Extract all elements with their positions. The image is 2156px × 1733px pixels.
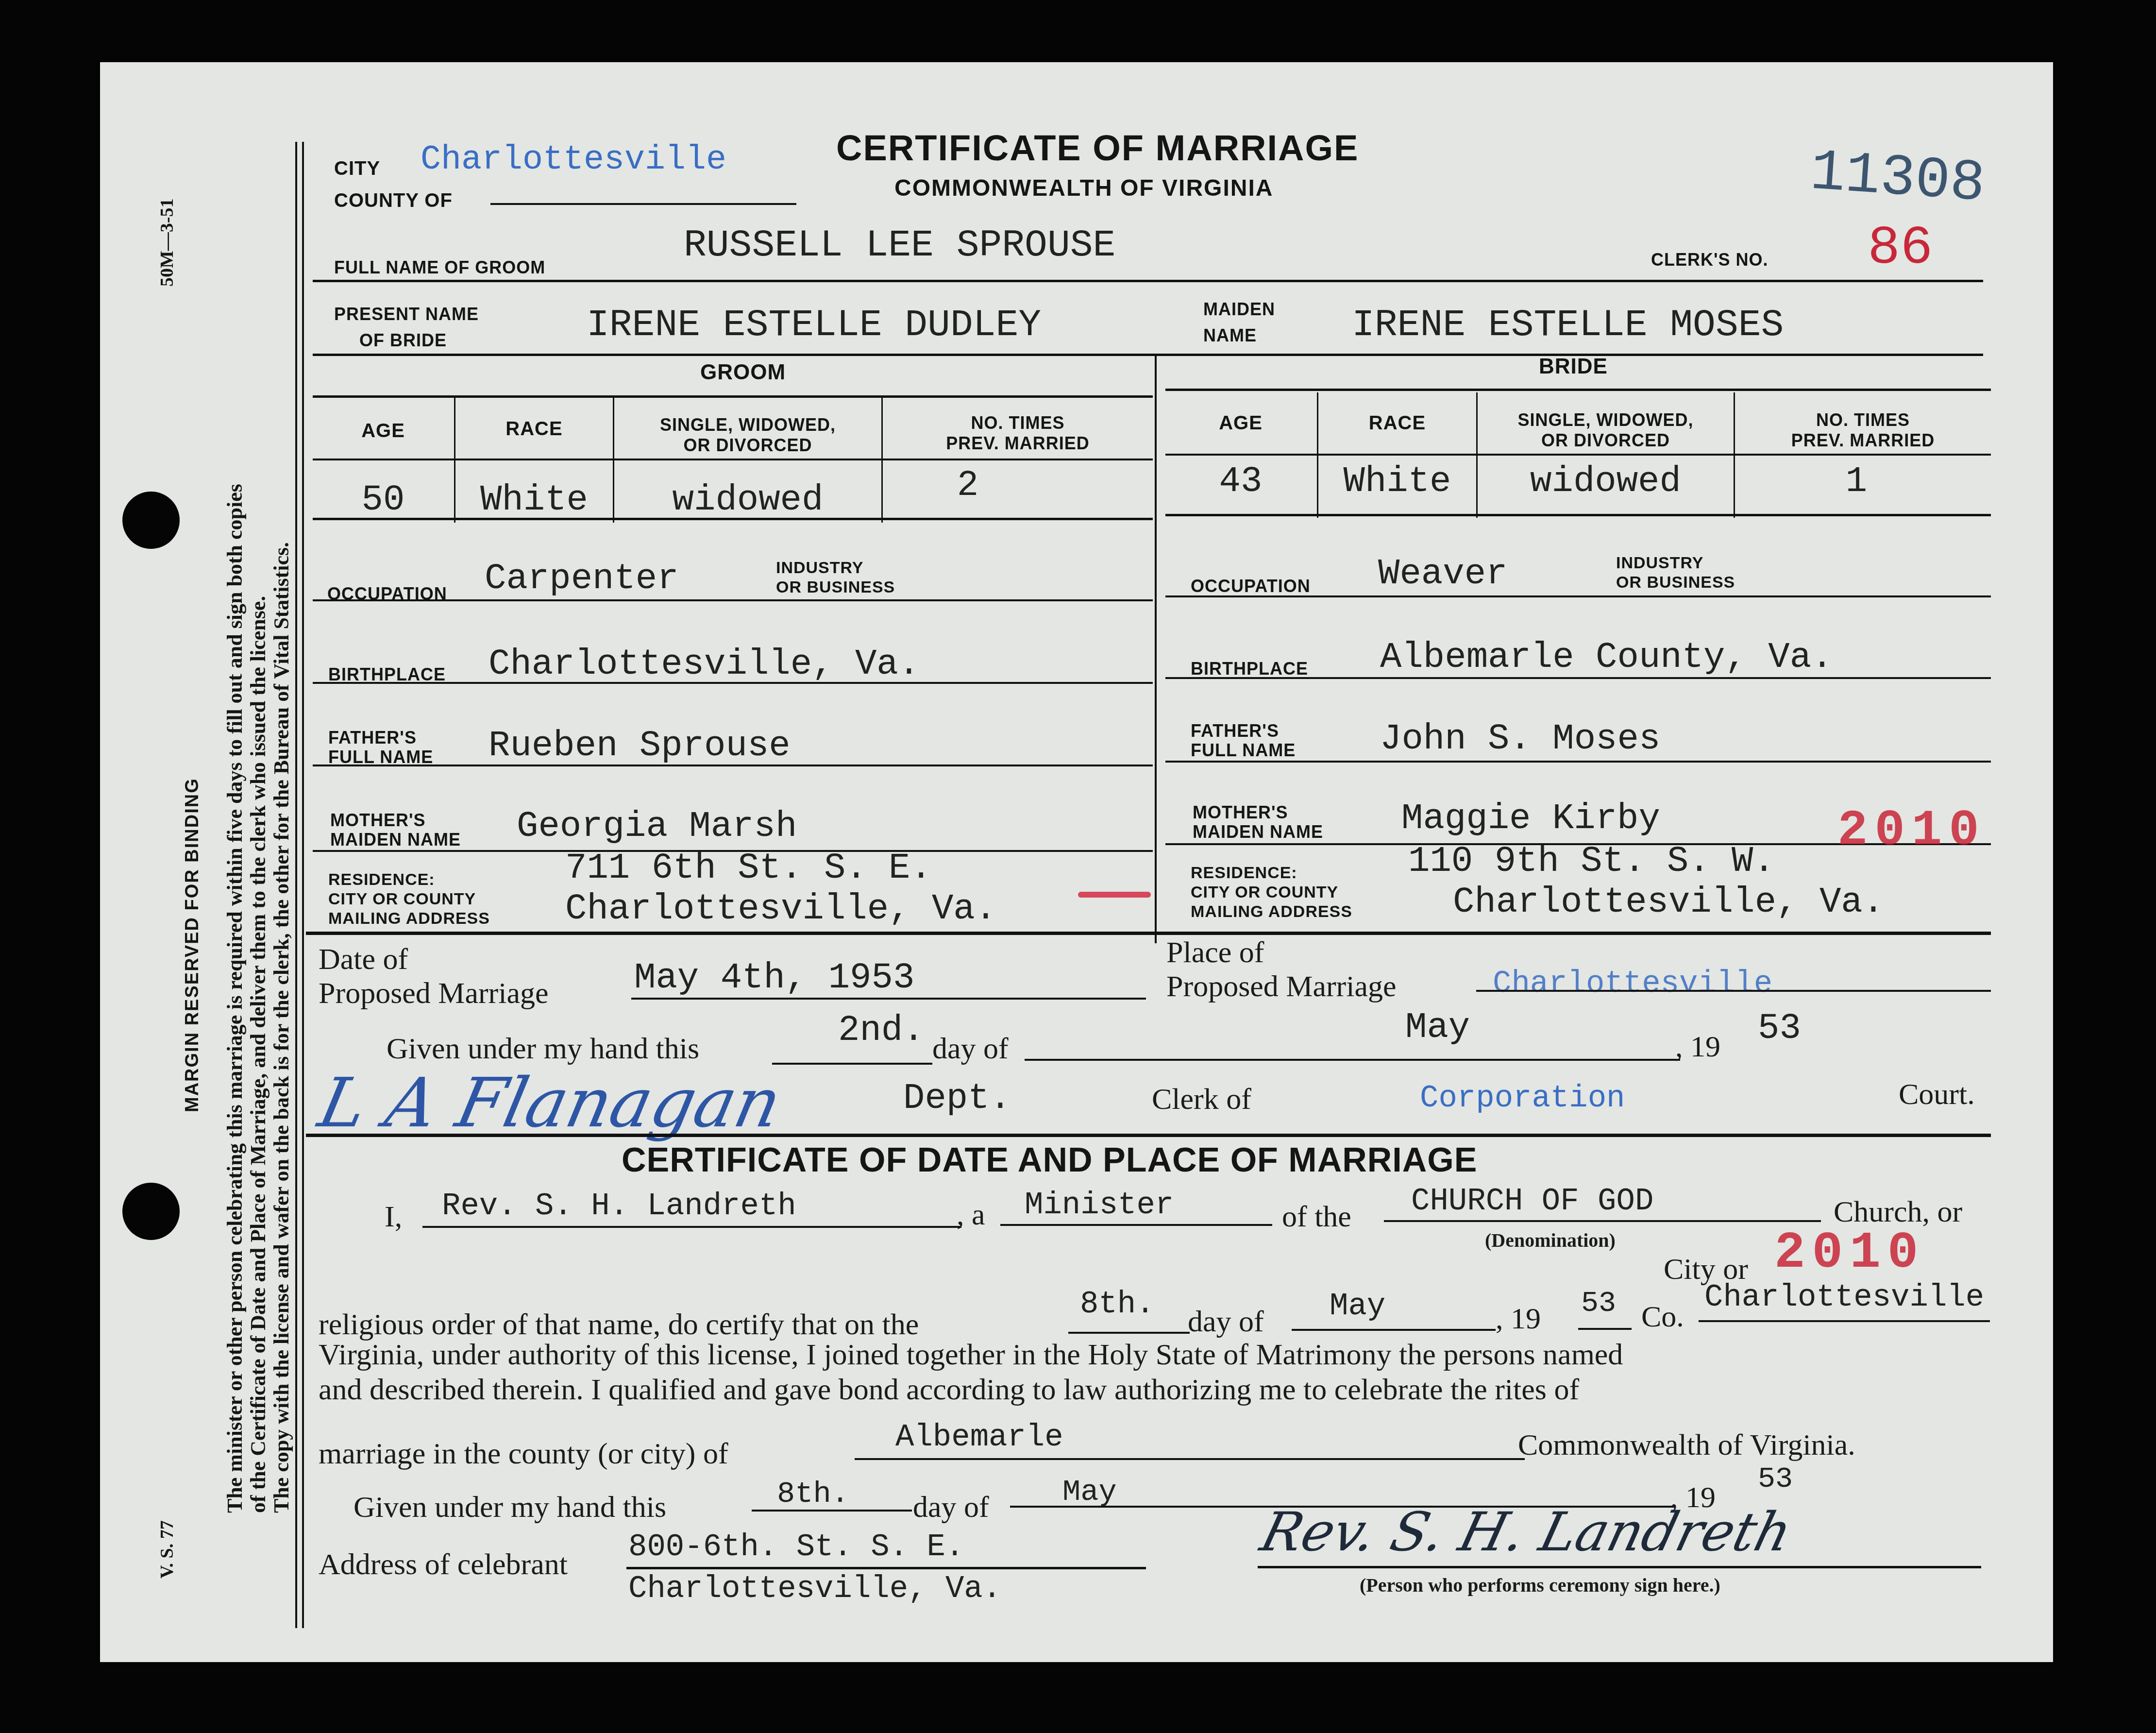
red-stamp-certificate: 2010 [1774,1224,1925,1282]
red-stamp-residence: 2010 [1837,802,1986,860]
city-label: CITY [334,158,380,179]
bride-race[interactable]: White [1318,461,1476,502]
address-label: Address of celebrant [319,1547,568,1582]
groom-mother-label-1: MOTHER'S [330,811,426,830]
bride-residence-label-3: MAILING ADDRESS [1191,903,1352,921]
officiant-signature: Rev. S. H. Landreth [1255,1501,1798,1563]
license-given-text: Given under my hand this [387,1032,699,1066]
bride-col-age: AGE [1165,413,1316,433]
bride-industry-label-2: OR BUSINESS [1616,574,1735,592]
cert-day-rule [1068,1332,1190,1334]
groom-col-status-2: OR DIVORCED [614,436,881,455]
bride-mother-label-1: MOTHER'S [1193,803,1288,822]
bride-father-rule [1165,761,1991,763]
clerks-no-label: CLERK'S NO. [1651,251,1769,269]
groom-colhead-rule [313,459,1153,460]
bride-residence-label-2: CITY OR COUNTY [1191,884,1338,901]
bride-birthplace-label: BIRTHPLACE [1191,660,1308,678]
proposed-place-rule [1476,990,1991,992]
bride-col-status-1: SINGLE, WIDOWED, [1478,411,1734,429]
cert-given-day[interactable]: 8th. [777,1477,849,1511]
county-label: COUNTY OF [334,190,453,211]
groom-name-label: FULL NAME OF GROOM [334,258,545,277]
cert-day[interactable]: 8th. [1080,1287,1155,1322]
margin-double-rule-1 [295,142,297,1628]
cert-line4-text: marriage in the county (or city) of [319,1437,728,1471]
bride-birthplace-value[interactable]: Albemarle County, Va. [1380,637,1833,678]
license-year-prefix: , 19 [1675,1030,1720,1064]
bride-present-label-1: PRESENT NAME [334,305,479,323]
groom-times-married[interactable]: 2 [883,465,1053,506]
groom-father-label-1: FATHER'S [328,729,417,747]
bride-residence-label-1: RESIDENCE: [1191,865,1297,882]
groom-heading-rule [313,395,1153,398]
groom-col-status-1: SINGLE, WIDOWED, [614,416,881,434]
bride-name-rule [313,354,1983,356]
bride-industry-label-1: INDUSTRY [1616,555,1704,572]
bride-mother-value[interactable]: Maggie Kirby [1401,799,1660,839]
dept-label: Dept. [903,1078,1011,1119]
stamp-number: 11308 [1808,140,1988,218]
bride-heading: BRIDE [1476,356,1670,378]
groom-father-rule [313,765,1153,766]
bride-heading-rule [1165,389,1991,391]
groom-col-times-2: PREV. MARRIED [883,434,1153,453]
groom-birthplace-rule [313,682,1153,684]
license-given-year[interactable]: 53 [1758,1008,1801,1049]
groom-occupation-value[interactable]: Carpenter [485,559,679,599]
bride-age[interactable]: 43 [1165,461,1316,502]
maiden-label-2: NAME [1203,326,1257,345]
place-label-1: Place of [1166,935,1264,970]
officiant-role[interactable]: Minister [1025,1188,1174,1223]
bride-colhead-rule [1165,454,1991,456]
groom-birthplace-label: BIRTHPLACE [328,665,446,684]
groom-residence-line2[interactable]: Charlottesville, Va. [565,889,996,930]
clerks-no-value[interactable]: 86 [1868,218,1933,279]
clerk-of-label: Clerk of [1152,1082,1251,1117]
cert-given-month[interactable]: May [1062,1475,1117,1509]
groom-status[interactable]: widowed [614,480,881,521]
bride-col-times-2: PREV. MARRIED [1735,431,1991,450]
county-rule [855,1458,1525,1460]
of-the-label: of the [1282,1200,1351,1234]
bride-birthplace-rule [1165,677,1991,679]
instruction-line-1: The minister or other person celebrating… [222,484,247,1513]
form-code: 50M—3-51 [156,198,178,287]
bride-residence-line1[interactable]: 110 9th St. S. W. [1408,841,1775,882]
groom-col-age: AGE [313,421,454,441]
bride-father-value[interactable]: John S. Moses [1380,719,1660,760]
bride-occupation-rule [1165,595,1991,597]
license-day-rule [772,1063,932,1065]
residence-rule [306,932,1991,935]
cert-line1-text: religious order of that name, do certify… [319,1308,919,1342]
groom-age[interactable]: 50 [313,480,454,521]
license-month-rule [1025,1059,1680,1061]
instruction-line-3: The copy with the license and wafer on t… [269,542,294,1513]
co-label: Co. [1641,1300,1684,1334]
bride-status[interactable]: widowed [1478,461,1734,502]
address-rule [626,1567,1146,1569]
groom-residence-label-3: MAILING ADDRESS [328,910,490,928]
groom-race[interactable]: White [455,480,613,521]
county-value[interactable]: Albemarle [895,1420,1063,1455]
cert-a-label: , a [957,1198,985,1232]
groom-heading: GROOM [646,361,840,384]
date-label-2: Proposed Marriage [319,976,548,1011]
binding-hole-bottom [122,1183,180,1240]
bride-residence-line2[interactable]: Charlottesville, Va. [1453,882,1884,923]
cert-given-text: Given under my hand this [354,1490,666,1525]
denomination-caption: (Denomination) [1485,1229,1616,1252]
proposed-date-rule [631,998,1146,1000]
groom-col-times-1: NO. TIMES [883,414,1153,432]
court-name-value[interactable]: Corporation [1420,1081,1625,1116]
cert-given-year[interactable]: 53 [1758,1463,1793,1496]
bride-occupation-label: OCCUPATION [1191,577,1311,595]
groom-industry-label-1: INDUSTRY [776,560,864,577]
cert-month-rule [1292,1329,1496,1331]
denomination-rule [1384,1220,1821,1222]
groom-col-race: RACE [455,419,613,439]
groom-father-value[interactable]: Rueben Sprouse [488,726,791,766]
signature-caption: (Person who performs ceremony sign here.… [1360,1574,1720,1597]
license-given-month[interactable]: May [1405,1007,1470,1048]
bride-col-times-1: NO. TIMES [1735,411,1991,429]
document-subtitle: COMMONWEALTH OF VIRGINIA [894,175,1273,202]
bride-father-label-1: FATHER'S [1191,722,1279,740]
groom-occupation-rule [313,599,1153,601]
proposed-date-value[interactable]: May 4th, 1953 [634,958,914,999]
groom-residence-line1[interactable]: 711 6th St. S. E. [565,848,932,889]
bride-col-status-2: OR DIVORCED [1478,431,1734,450]
denomination-value[interactable]: CHURCH OF GOD [1411,1184,1653,1219]
license-day-of: day of [932,1032,1009,1066]
county-underline [490,203,796,205]
bride-values-rule [1165,514,1991,516]
groom-values-rule [313,518,1153,520]
cert-i-label: I, [385,1200,402,1234]
signature-rule [1258,1566,1981,1568]
officiant-name[interactable]: Rev. S. H. Landreth [442,1189,796,1224]
groom-name-rule [313,280,1983,282]
instruction-line-2: of the Certificate of Date and Place of … [246,596,270,1513]
place-label-2: Proposed Marriage [1166,969,1396,1004]
margin-note: MARGIN RESERVED FOR BINDING [182,778,203,1112]
bride-mother-label-2: MAIDEN NAME [1193,823,1323,841]
bride-occupation-value[interactable]: Weaver [1378,554,1507,595]
license-bottom-rule [306,1134,1991,1137]
cert-given-day-of: day of [913,1490,989,1525]
proposed-place-value[interactable]: Charlottesville [1493,967,1772,1002]
groom-father-label-2: FULL NAME [328,748,433,766]
bride-present-value[interactable]: IRENE ESTELLE DUDLEY [587,304,1041,347]
cert-year-rule [1578,1328,1632,1330]
city-value[interactable]: Charlottesville [421,141,726,179]
red-pencil-mark [1078,892,1151,898]
groom-name-value[interactable]: RUSSELL LEE SPROUSE [684,224,1115,267]
groom-residence-label-2: CITY OR COUNTY [328,891,476,908]
bride-present-label-2: OF BRIDE [359,331,447,350]
maiden-value[interactable]: IRENE ESTELLE MOSES [1352,304,1784,347]
groom-bride-divider [1155,356,1157,943]
cert-year[interactable]: 53 [1581,1287,1616,1320]
groom-industry-label-2: OR BUSINESS [776,579,895,596]
court-label: Court. [1899,1077,1975,1112]
cert-line2-text: Virginia, under authority of this licens… [319,1338,1623,1372]
cert-given-day-rule [752,1510,912,1512]
vs-number: V. S. 77 [156,1520,178,1579]
groom-mother-label-2: MAIDEN NAME [330,831,461,849]
cert-day-of: day of [1188,1305,1264,1339]
role-rule [1000,1224,1272,1226]
bride-col-race: RACE [1318,413,1476,433]
bride-times-married[interactable]: 1 [1735,461,1978,502]
clerk-signature: L A Flanagan [312,1064,788,1143]
cert-month[interactable]: May [1330,1289,1385,1324]
address-line1[interactable]: 800-6th. St. S. E. [628,1530,964,1565]
certificate-title: CERTIFICATE OF DATE AND PLACE OF MARRIAG… [622,1140,1477,1179]
margin-double-rule-2 [302,142,304,1628]
commonwealth-label: Commonwealth of Virginia. [1518,1428,1855,1462]
date-label-1: Date of [319,942,408,977]
groom-residence-label-1: RESIDENCE: [328,871,435,889]
officiant-rule [422,1226,961,1228]
maiden-label-1: MAIDEN [1203,300,1275,319]
cert-year-prefix: , 19 [1496,1302,1541,1336]
address-line2[interactable]: Charlottesville, Va. [628,1572,1001,1607]
co-rule [1699,1320,1990,1322]
groom-mother-value[interactable]: Georgia Marsh [517,806,797,847]
bride-father-label-2: FULL NAME [1191,741,1296,760]
groom-birthplace-value[interactable]: Charlottesville, Va. [488,644,920,685]
document-title: CERTIFICATE OF MARRIAGE [836,127,1359,169]
license-given-day[interactable]: 2nd. [838,1010,925,1051]
co-value[interactable]: Charlottesville [1704,1280,1984,1315]
cert-line3-text: and described therein. I qualified and g… [319,1373,1579,1407]
binding-hole-top [122,492,180,549]
